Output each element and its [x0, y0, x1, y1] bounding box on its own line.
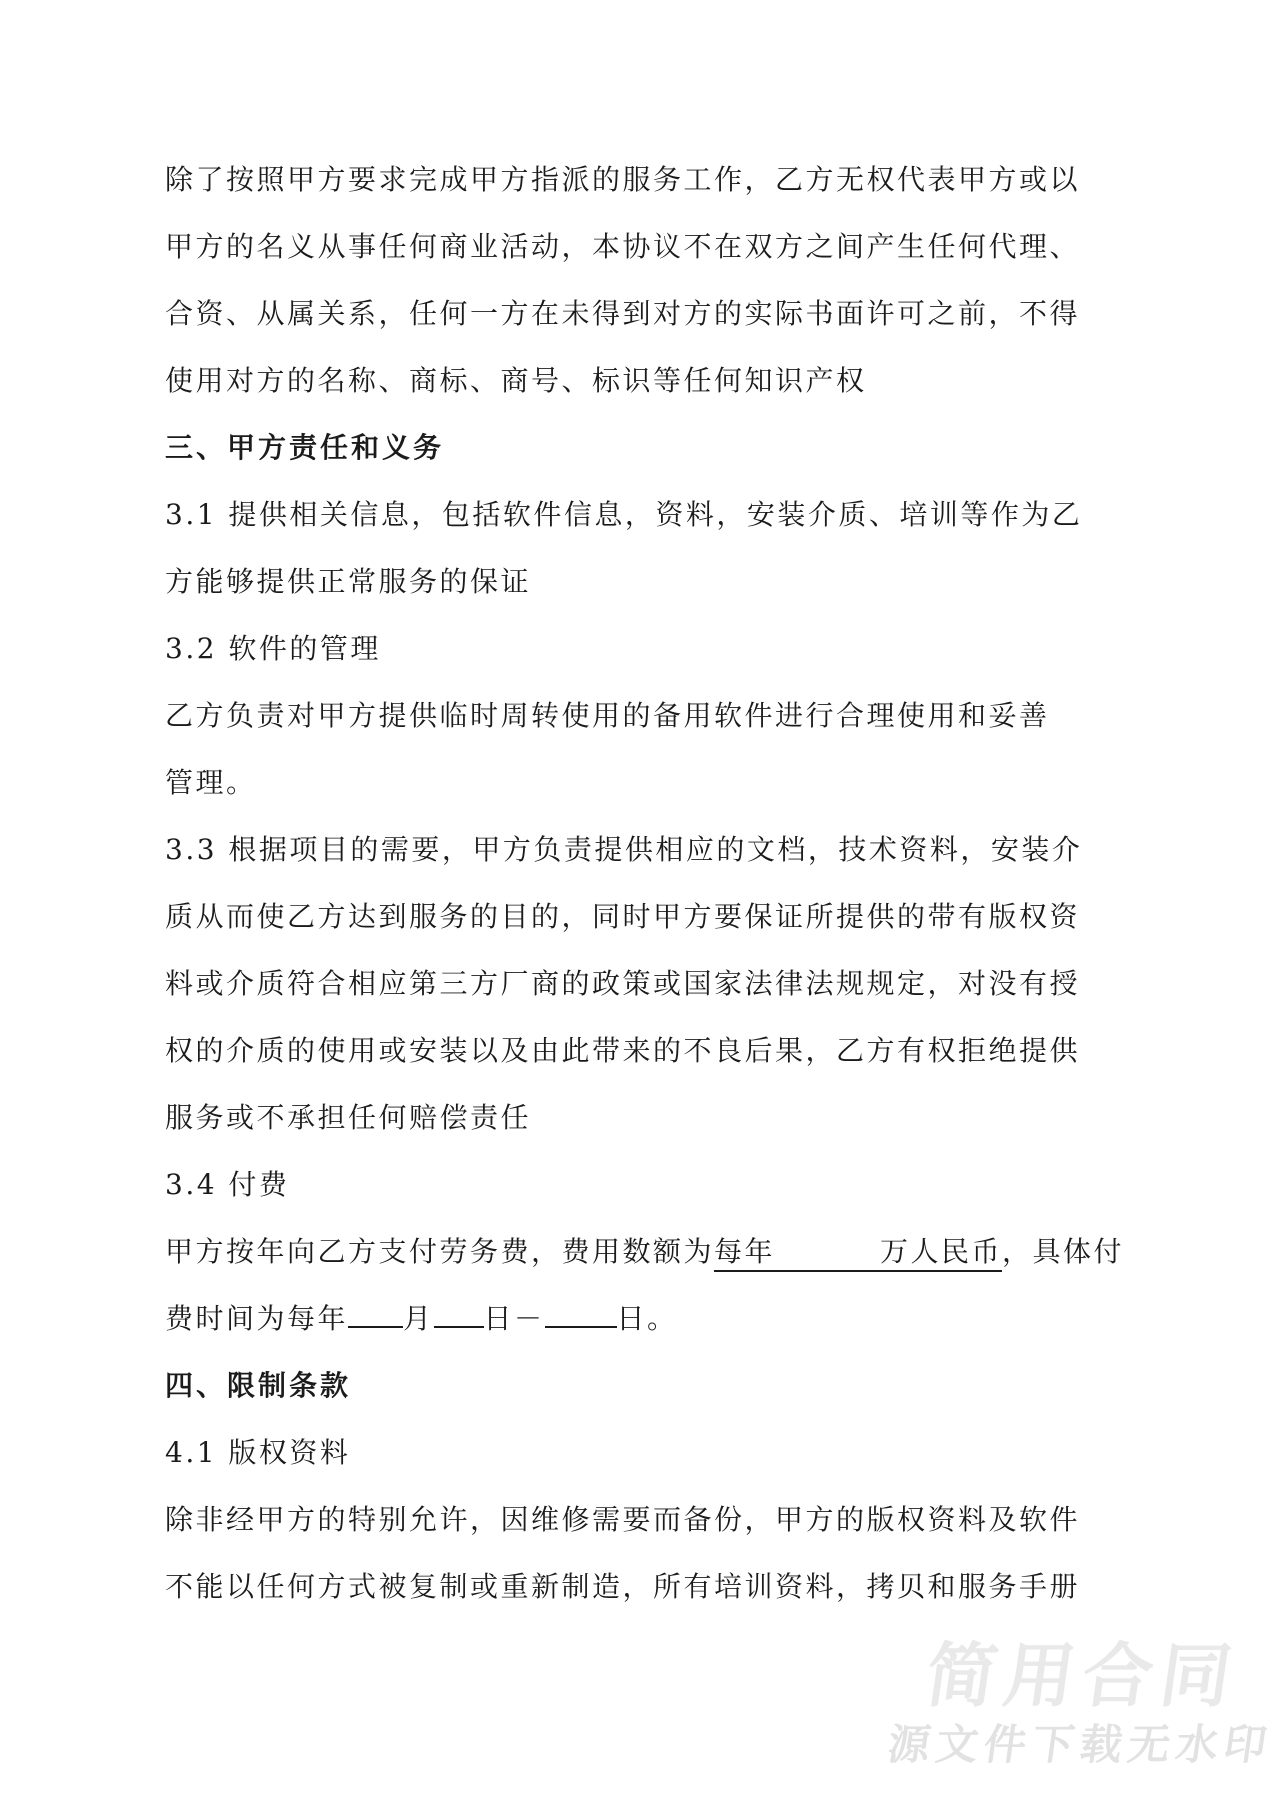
payment-day-start-blank [434, 1299, 484, 1328]
contract-document-page: 除了按照甲方要求完成甲方指派的服务工作，乙方无权代表甲方或以 甲方的名义从事任何… [0, 0, 1280, 1810]
watermark-brand-text: 简用合同 [892, 1636, 1244, 1716]
payment-month-blank [348, 1299, 403, 1328]
payment-amount-line: 甲方按年向乙方支付劳务费，费用数额为每年万人民币，具体付 [165, 1218, 1095, 1285]
site-watermark: 简用合同 源文件下载无水印 [885, 1636, 1280, 1770]
clause-3-2-line: 乙方负责对甲方提供临时周转使用的备用软件进行合理使用和妥善 [165, 682, 1095, 749]
payment-amount-underlined: 每年万人民币 [714, 1235, 1002, 1272]
clause-4-1-line: 不能以任何方式被复制或重新制造，所有培训资料，拷贝和服务手册 [165, 1553, 1095, 1620]
clause-3-3-line: 料或介质符合相应第三方厂商的政策或国家法律法规规定，对没有授 [165, 950, 1095, 1017]
payment-schedule-text: 费时间为每年 [165, 1302, 348, 1335]
section-heading-4: 四、限制条款 [165, 1352, 1095, 1419]
section-heading-3: 三、甲方责任和义务 [165, 414, 1095, 481]
clause-3-1-line: 3.1 提供相关信息，包括软件信息，资料，安装介质、培训等作为乙 [165, 481, 1095, 548]
clause-4-1-line: 除非经甲方的特别允许，因维修需要而备份，甲方的版权资料及软件 [165, 1486, 1095, 1553]
paragraph-line: 使用对方的名称、商标、商号、标识等任何知识产权 [165, 347, 1095, 414]
payment-amount-unit-yearly: 每年 [714, 1235, 775, 1268]
clause-3-1-line: 方能够提供正常服务的保证 [165, 548, 1095, 615]
clause-3-3-line: 权的介质的使用或安装以及由此带来的不良后果，乙方有权拒绝提供 [165, 1017, 1095, 1084]
clause-3-2-line: 管理。 [165, 749, 1095, 816]
payment-day-dash-label: 日－ [484, 1302, 545, 1335]
clause-3-3-line: 3.3 根据项目的需要，甲方负责提供相应的文档，技术资料，安装介 [165, 816, 1095, 883]
contract-body: 除了按照甲方要求完成甲方指派的服务工作，乙方无权代表甲方或以 甲方的名义从事任何… [165, 146, 1095, 1620]
paragraph-line: 除了按照甲方要求完成甲方指派的服务工作，乙方无权代表甲方或以 [165, 146, 1095, 213]
payment-day-end-blank [545, 1299, 617, 1328]
paragraph-line: 甲方的名义从事任何商业活动，本协议不在双方之间产生任何代理、 [165, 213, 1095, 280]
payment-day-end-label: 日。 [617, 1302, 678, 1335]
payment-amount-post: ，具体付 [1002, 1235, 1124, 1268]
paragraph-line: 合资、从属关系，任何一方在未得到对方的实际书面许可之前，不得 [165, 280, 1095, 347]
clause-4-1-heading: 4.1 版权资料 [165, 1419, 1095, 1486]
payment-amount-pre: 甲方按年向乙方支付劳务费，费用数额为 [165, 1235, 714, 1268]
clause-3-3-line: 质从而使乙方达到服务的目的，同时甲方要保证所提供的带有版权资 [165, 883, 1095, 950]
clause-3-2-heading: 3.2 软件的管理 [165, 615, 1095, 682]
payment-amount-unit-currency: 万人民币 [880, 1235, 1002, 1268]
clause-3-3-line: 服务或不承担任何赔偿责任 [165, 1084, 1095, 1151]
watermark-tagline-text: 源文件下载无水印 [885, 1720, 1276, 1770]
payment-month-label: 月 [403, 1302, 434, 1335]
payment-schedule-line: 费时间为每年月日－日。 [165, 1285, 1095, 1352]
clause-3-4-heading: 3.4 付费 [165, 1151, 1095, 1218]
